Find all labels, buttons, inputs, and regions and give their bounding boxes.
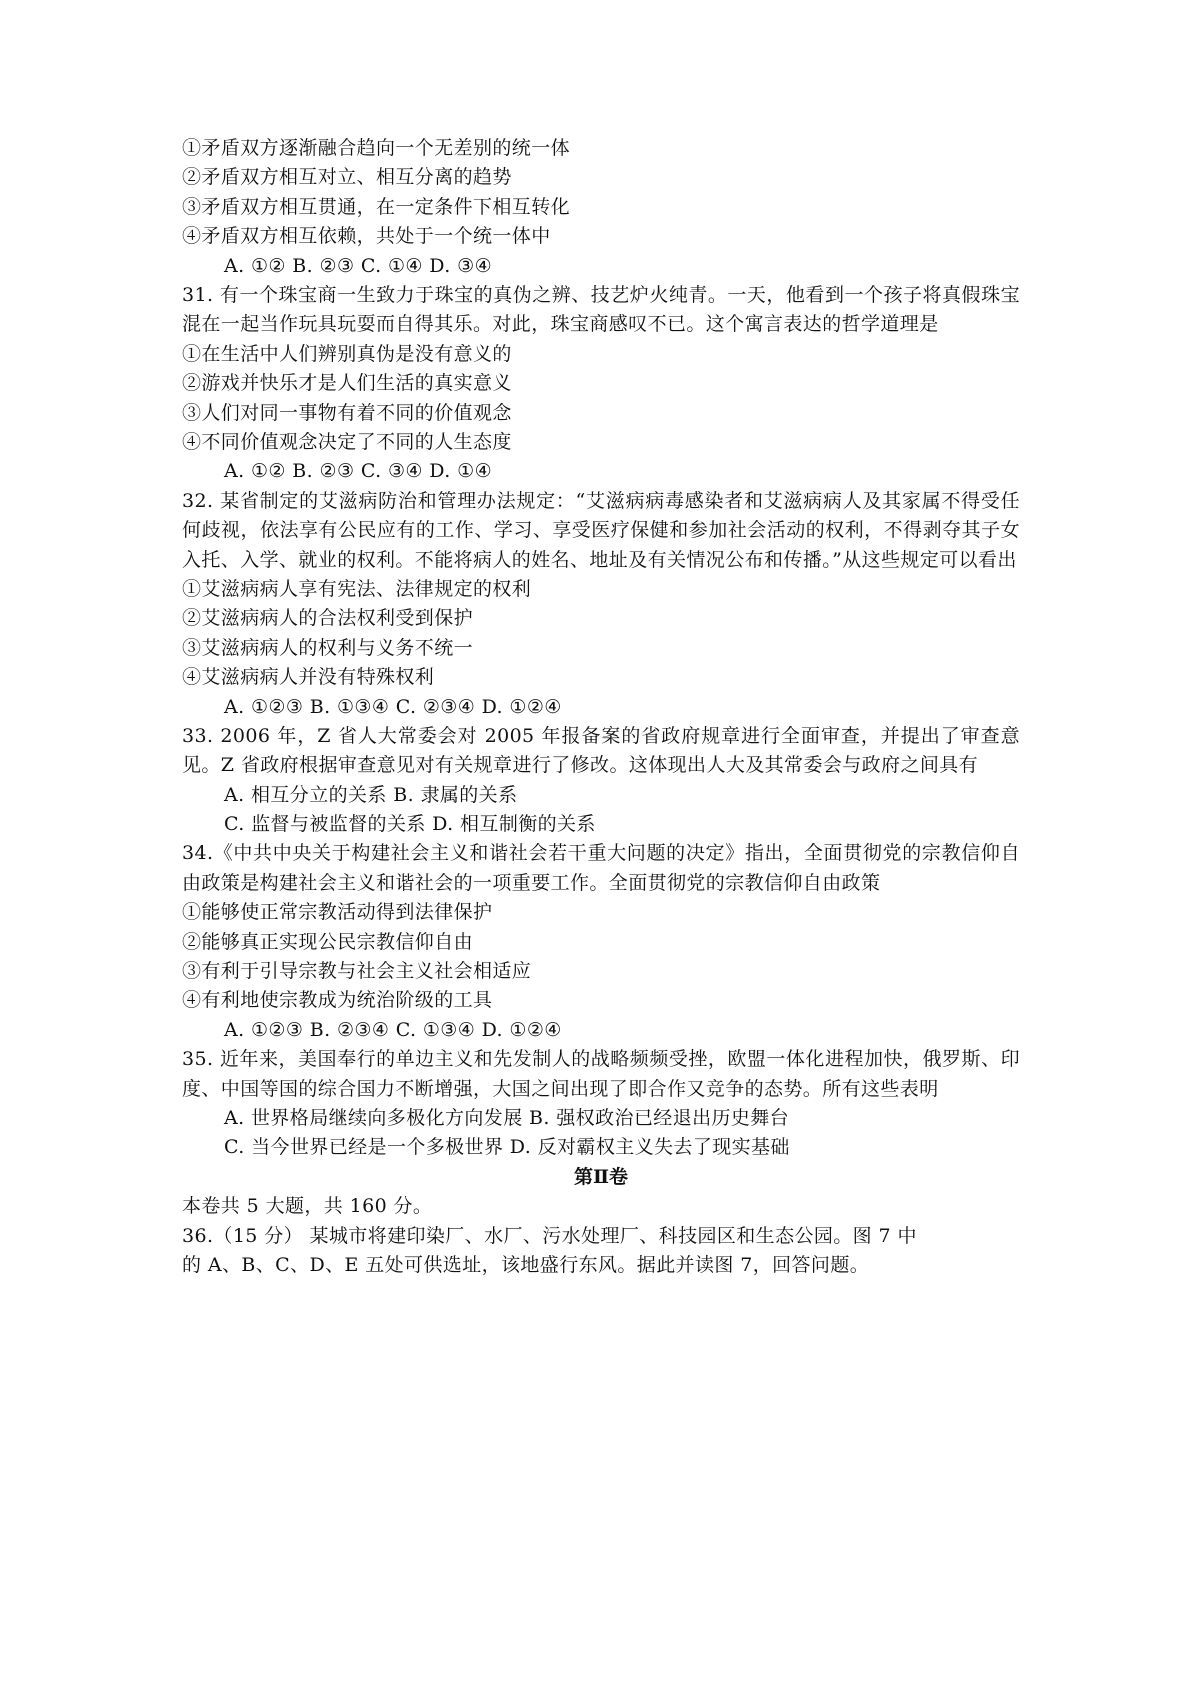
question-stem: 33. 2006 年，Z 省人大常委会对 2005 年报备案的省政府规章进行全面… [182, 722, 1020, 781]
answer-options-row-2: C. 监督与被监督的关系 D. 相互制衡的关系 [182, 810, 1020, 839]
question-35: 35. 近年来，美国奉行的单边主义和先发制人的战略频频受挫，欧盟一体化进程加快，… [182, 1045, 1020, 1163]
question-31: 31. 有一个珠宝商一生致力于珠宝的真伪之辨、技艺炉火纯青。一天，他看到一个孩子… [182, 281, 1020, 487]
section-intro: 本卷共 5 大题，共 160 分。 [182, 1192, 1020, 1221]
answer-options: A. ①②③ B. ②③④ C. ①③④ D. ①②④ [182, 1016, 1020, 1045]
answer-options: A. ①②③ B. ①③④ C. ②③④ D. ①②④ [182, 693, 1020, 722]
answer-options: A. ①② B. ②③ C. ①④ D. ③④ [182, 252, 1020, 281]
question-stem: 34.《中共中央关于构建社会主义和谐社会若干重大问题的决定》指出，全面贯彻党的宗… [182, 839, 1020, 898]
statement: ②艾滋病病人的合法权利受到保护 [182, 604, 1020, 633]
question-stem: 32. 某省制定的艾滋病防治和管理办法规定：“艾滋病病毒感染者和艾滋病病人及其家… [182, 487, 1020, 575]
statement: ④矛盾双方相互依赖，共处于一个统一体中 [182, 222, 1020, 251]
question-34: 34.《中共中央关于构建社会主义和谐社会若干重大问题的决定》指出，全面贯彻党的宗… [182, 839, 1020, 1045]
statement: ②游戏并快乐才是人们生活的真实意义 [182, 369, 1020, 398]
answer-options: A. ①② B. ②③ C. ③④ D. ①④ [182, 457, 1020, 486]
statement: ②矛盾双方相互对立、相互分离的趋势 [182, 163, 1020, 192]
question-stem: 31. 有一个珠宝商一生致力于珠宝的真伪之辨、技艺炉火纯青。一天，他看到一个孩子… [182, 281, 1020, 340]
statement: ④不同价值观念决定了不同的人生态度 [182, 428, 1020, 457]
statement: ④艾滋病病人并没有特殊权利 [182, 663, 1020, 692]
q30-tail: ①矛盾双方逐渐融合趋向一个无差别的统一体 ②矛盾双方相互对立、相互分离的趋势 ③… [182, 134, 1020, 281]
statement: ③有利于引导宗教与社会主义社会相适应 [182, 957, 1020, 986]
question-stem-line-2: 的 A、B、C、D、E 五处可供选址，该地盛行东风。据此并读图 7，回答问题。 [182, 1251, 1020, 1280]
statement: ③艾滋病病人的权利与义务不统一 [182, 634, 1020, 663]
statement: ④有利地使宗教成为统治阶级的工具 [182, 986, 1020, 1015]
statement: ①艾滋病病人享有宪法、法律规定的权利 [182, 575, 1020, 604]
question-stem: 35. 近年来，美国奉行的单边主义和先发制人的战略频频受挫，欧盟一体化进程加快，… [182, 1045, 1020, 1104]
question-33: 33. 2006 年，Z 省人大常委会对 2005 年报备案的省政府规章进行全面… [182, 722, 1020, 840]
statement: ②能够真正实现公民宗教信仰自由 [182, 928, 1020, 957]
answer-options-row-2: C. 当今世界已经是一个多极世界 D. 反对霸权主义失去了现实基础 [182, 1133, 1020, 1162]
statement: ①能够使正常宗教活动得到法律保护 [182, 898, 1020, 927]
answer-options-row-1: A. 相互分立的关系 B. 隶属的关系 [182, 781, 1020, 810]
question-36: 36.（15 分） 某城市将建印染厂、水厂、污水处理厂、科技园区和生态公园。图 … [182, 1222, 1020, 1281]
question-stem-line-1: 36.（15 分） 某城市将建印染厂、水厂、污水处理厂、科技园区和生态公园。图 … [182, 1222, 1020, 1251]
section-title: 第Ⅱ卷 [182, 1163, 1020, 1192]
exam-page: ①矛盾双方逐渐融合趋向一个无差别的统一体 ②矛盾双方相互对立、相互分离的趋势 ③… [182, 134, 1020, 1280]
statement: ③人们对同一事物有着不同的价值观念 [182, 399, 1020, 428]
answer-options-row-1: A. 世界格局继续向多极化方向发展 B. 强权政治已经退出历史舞台 [182, 1104, 1020, 1133]
statement: ①矛盾双方逐渐融合趋向一个无差别的统一体 [182, 134, 1020, 163]
statement: ①在生活中人们辨别真伪是没有意义的 [182, 340, 1020, 369]
question-32: 32. 某省制定的艾滋病防治和管理办法规定：“艾滋病病毒感染者和艾滋病病人及其家… [182, 487, 1020, 722]
statement: ③矛盾双方相互贯通，在一定条件下相互转化 [182, 193, 1020, 222]
